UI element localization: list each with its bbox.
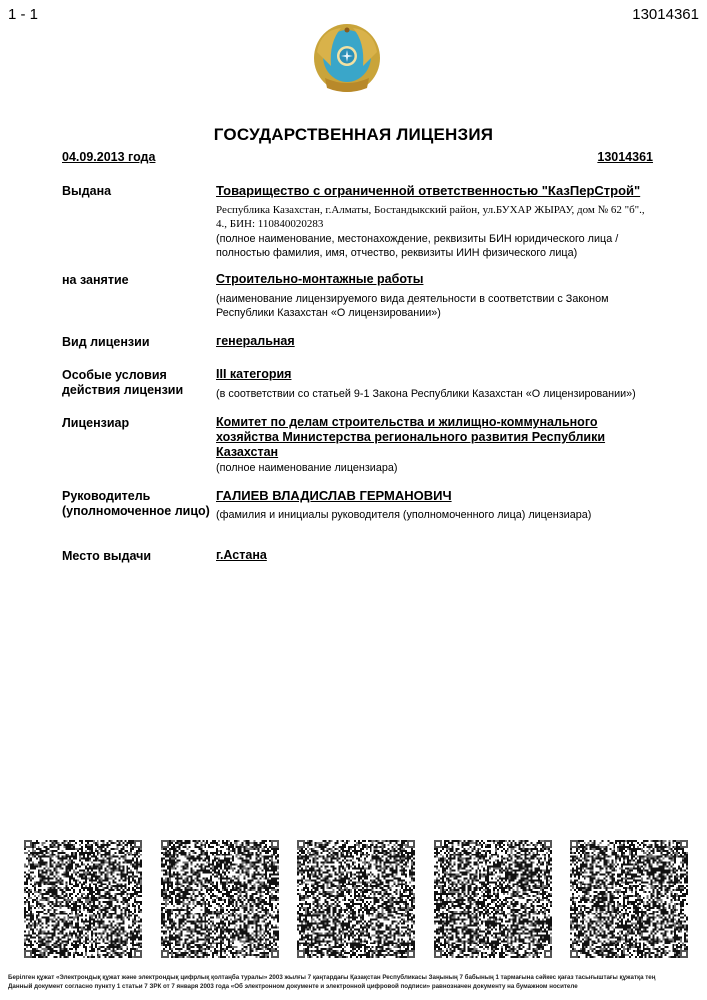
issued-to-address-line2: 4., БИН: 110840020283 — [216, 217, 676, 231]
activity-note-line1: (наименование лицензируемого вида деятел… — [216, 292, 676, 306]
issued-to-value: Товарищество с ограниченной ответственно… — [216, 183, 666, 198]
document-title: ГОСУДАРСТВЕННАЯ ЛИЦЕНЗИЯ — [0, 125, 707, 145]
licensor-value-line2: хозяйства Министерства регионального раз… — [216, 430, 666, 445]
license-type-label: Вид лицензии — [62, 334, 150, 350]
special-conditions-label-line1: Особые условия — [62, 367, 167, 383]
licensor-value-line3: Казахстан — [216, 445, 666, 460]
license-type-value: генеральная — [216, 334, 666, 349]
special-conditions-note: (в соответствии со статьей 9-1 Закона Ре… — [216, 387, 676, 401]
issued-to-address-line1: Республика Казахстан, г.Алматы, Бостанды… — [216, 203, 676, 217]
licensor-note: (полное наименование лицензиара) — [216, 461, 676, 475]
2d-barcode-icon — [297, 840, 415, 958]
kazakhstan-state-emblem-icon — [311, 22, 383, 96]
head-note: (фамилия и инициалы руководителя (уполно… — [216, 508, 676, 522]
2d-barcode-icon — [434, 840, 552, 958]
issued-to-label: Выдана — [62, 183, 111, 199]
issued-to-note-line1: (полное наименование, местонахождение, р… — [216, 232, 676, 246]
special-conditions-value: III категория — [216, 367, 666, 382]
activity-note-line2: Республики Казахстан «О лицензировании») — [216, 306, 676, 320]
document-id: 13014361 — [632, 6, 699, 23]
footer-legal-note-kz: Берілген құжат «Электрондық құжат және э… — [8, 974, 655, 981]
page-indicator: 1 - 1 — [8, 6, 38, 23]
head-label-line1: Руководитель — [62, 488, 150, 504]
2d-barcode-icon — [24, 840, 142, 958]
license-number: 13014361 — [597, 150, 653, 164]
2d-barcode-icon — [570, 840, 688, 958]
place-label: Место выдачи — [62, 548, 151, 564]
special-conditions-label-line2: действия лицензии — [62, 382, 183, 398]
issued-to-note-line2: полностью фамилия, имя, отчество, реквиз… — [216, 246, 676, 260]
footer-legal-note-ru: Данный документ согласно пункту 1 статьи… — [8, 983, 578, 990]
issue-date: 04.09.2013 года — [62, 150, 155, 164]
head-value: ГАЛИЕВ ВЛАДИСЛАВ ГЕРМАНОВИЧ — [216, 488, 666, 503]
2d-barcode-icon — [161, 840, 279, 958]
licensor-value-line1: Комитет по делам строительства и жилищно… — [216, 415, 666, 430]
activity-label: на занятие — [62, 272, 129, 288]
licensor-label: Лицензиар — [62, 415, 129, 431]
activity-value: Строительно-монтажные работы — [216, 272, 666, 287]
place-value: г.Астана — [216, 548, 666, 563]
head-label-line2: (уполномоченное лицо) — [62, 503, 210, 519]
